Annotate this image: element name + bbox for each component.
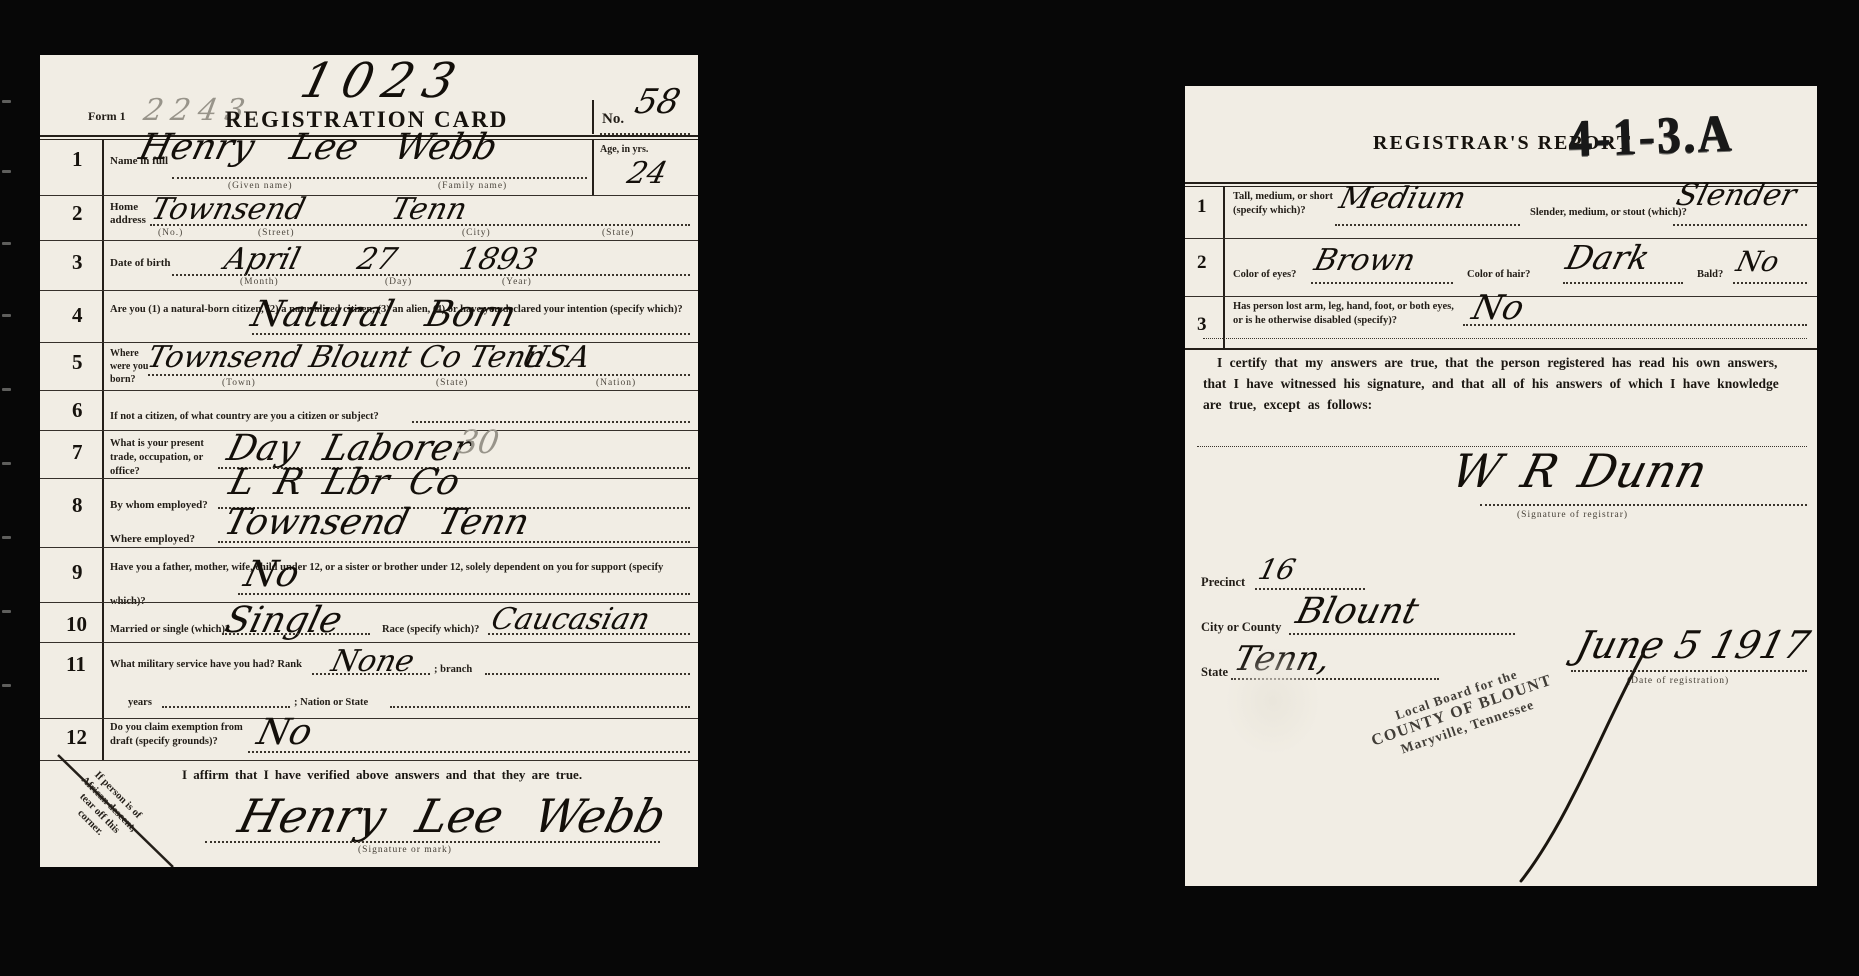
registrant-signature: Henry Lee Webb xyxy=(234,793,670,839)
row5-number: 5 xyxy=(72,350,83,375)
row7-number: 7 xyxy=(72,440,83,465)
where-employed-label: Where employed? xyxy=(110,533,195,546)
signature-dotted-line xyxy=(205,841,660,843)
where-born-dotted-line xyxy=(148,374,690,376)
age-value: 24 xyxy=(624,159,670,189)
row2-number: 2 xyxy=(72,201,83,226)
row11-number: 11 xyxy=(66,652,86,677)
name-dotted-line xyxy=(172,177,587,179)
family-name-sublabel: (Family name) xyxy=(438,181,507,191)
home-address-label: Home address xyxy=(110,201,150,227)
no-label: No. xyxy=(602,113,624,126)
address-city-sublabel: (City) xyxy=(462,228,491,238)
age-box-line xyxy=(592,139,594,195)
film-edge-mark xyxy=(2,100,11,103)
birth-month: April xyxy=(221,245,303,275)
address-street-sublabel: (Street) xyxy=(258,228,295,238)
not-citizen-dotted-line xyxy=(412,421,690,423)
by-whom-employed-answer: L R Lbr Co xyxy=(226,465,464,501)
film-edge-mark xyxy=(2,242,11,245)
married-dotted-line xyxy=(222,633,370,635)
birth-year: 1893 xyxy=(456,245,540,275)
affirmation-text: I affirm that I have verified above answ… xyxy=(182,767,582,783)
home-address-dotted-line xyxy=(150,224,690,226)
race-dotted-line xyxy=(488,633,690,635)
race-answer: Caucasian xyxy=(488,605,653,635)
years-label: years xyxy=(128,696,152,710)
not-citizen-question: If not a citizen, of what country are yo… xyxy=(110,410,379,424)
row1-number: 1 xyxy=(72,147,83,172)
film-edge-mark xyxy=(2,314,11,317)
row9-number: 9 xyxy=(72,560,83,585)
film-edge-mark xyxy=(2,388,11,391)
address-no-sublabel: (No.) xyxy=(158,228,183,238)
exemption-dotted-line xyxy=(248,751,690,753)
where-employed-dotted-line xyxy=(218,541,690,543)
rank-dotted-line xyxy=(312,673,430,675)
date-of-birth-label: Date of birth xyxy=(110,257,171,270)
nation-or-state-label: ; Nation or State xyxy=(294,696,368,710)
signature-caption: (Signature or mark) xyxy=(358,845,452,855)
row6-number: 6 xyxy=(72,398,83,423)
years-dotted-line xyxy=(162,706,290,708)
row5-rule xyxy=(40,390,698,391)
pen-flourish xyxy=(1185,86,1817,886)
registrars-report-card: REGISTRAR'S REPORT 4-1-3.A 1 Tall, mediu… xyxy=(1185,86,1817,886)
row2-rule xyxy=(40,240,698,241)
row8-number: 8 xyxy=(72,493,83,518)
film-edge-mark xyxy=(2,684,11,687)
film-edge-mark xyxy=(2,610,11,613)
row10-rule xyxy=(40,642,698,643)
home-address-state: Tenn xyxy=(388,195,470,225)
row11-rule xyxy=(40,718,698,719)
birth-dotted-line xyxy=(172,274,690,276)
header-divider-line xyxy=(592,100,594,134)
number-column-line xyxy=(102,139,104,760)
citizenship-dotted-line xyxy=(252,333,690,335)
dependents-dotted-line xyxy=(238,593,690,595)
town-sublabel: (Town) xyxy=(222,378,256,388)
branch-dotted-line xyxy=(485,673,690,675)
form-number-label: Form 1 xyxy=(88,110,126,123)
address-state-sublabel: (State) xyxy=(602,228,634,238)
birth-day: 27 xyxy=(354,245,400,275)
row8-rule xyxy=(40,547,698,548)
home-address-city: Townsend xyxy=(148,195,308,225)
where-born-nation: USA xyxy=(518,343,593,373)
day-sublabel: (Day) xyxy=(385,277,412,287)
film-edge-mark xyxy=(2,170,11,173)
month-sublabel: (Month) xyxy=(240,277,279,287)
scanned-film-frame: { "colors": {"paper":"#f1ede4","ink":"#1… xyxy=(0,0,1859,976)
exemption-answer: No xyxy=(254,715,316,751)
state-sublabel: (State) xyxy=(436,378,468,388)
film-edge-mark xyxy=(2,462,11,465)
military-service-label: What military service have you had? Rank xyxy=(110,658,302,672)
nation-sublabel: (Nation) xyxy=(596,378,636,388)
registration-card: Form 1 2243 1023 REGISTRATION CARD No. 5… xyxy=(40,55,698,867)
row4-number: 4 xyxy=(72,303,83,328)
where-born-answer: Townsend Blount Co Tenn xyxy=(144,343,548,373)
married-single-label: Married or single (which)? xyxy=(110,623,230,637)
dependents-answer: No xyxy=(241,557,303,593)
handwritten-serial-number: 1023 xyxy=(296,57,470,105)
where-employed-answer: Townsend Tenn xyxy=(221,505,533,541)
given-name-sublabel: (Given name) xyxy=(228,181,293,191)
trade-pencil-note: 30 xyxy=(455,423,502,461)
row10-number: 10 xyxy=(66,612,87,637)
by-whom-employed-label: By whom employed? xyxy=(110,499,208,512)
name-answer: Henry Lee Webb xyxy=(136,130,501,166)
year-sublabel: (Year) xyxy=(502,277,532,287)
row3-rule xyxy=(40,290,698,291)
no-value: 58 xyxy=(632,85,684,119)
nation-or-state-dotted-line xyxy=(390,706,690,708)
film-edge-mark xyxy=(2,536,11,539)
race-label: Race (specify which)? xyxy=(382,623,479,637)
row3-number: 3 xyxy=(72,250,83,275)
age-label: Age, in yrs. xyxy=(600,143,648,156)
citizenship-answer: Natural Born xyxy=(248,297,520,333)
branch-label: ; branch xyxy=(434,663,472,677)
trade-label: What is your present trade, occupation, … xyxy=(110,437,225,479)
row1-rule xyxy=(40,195,698,196)
